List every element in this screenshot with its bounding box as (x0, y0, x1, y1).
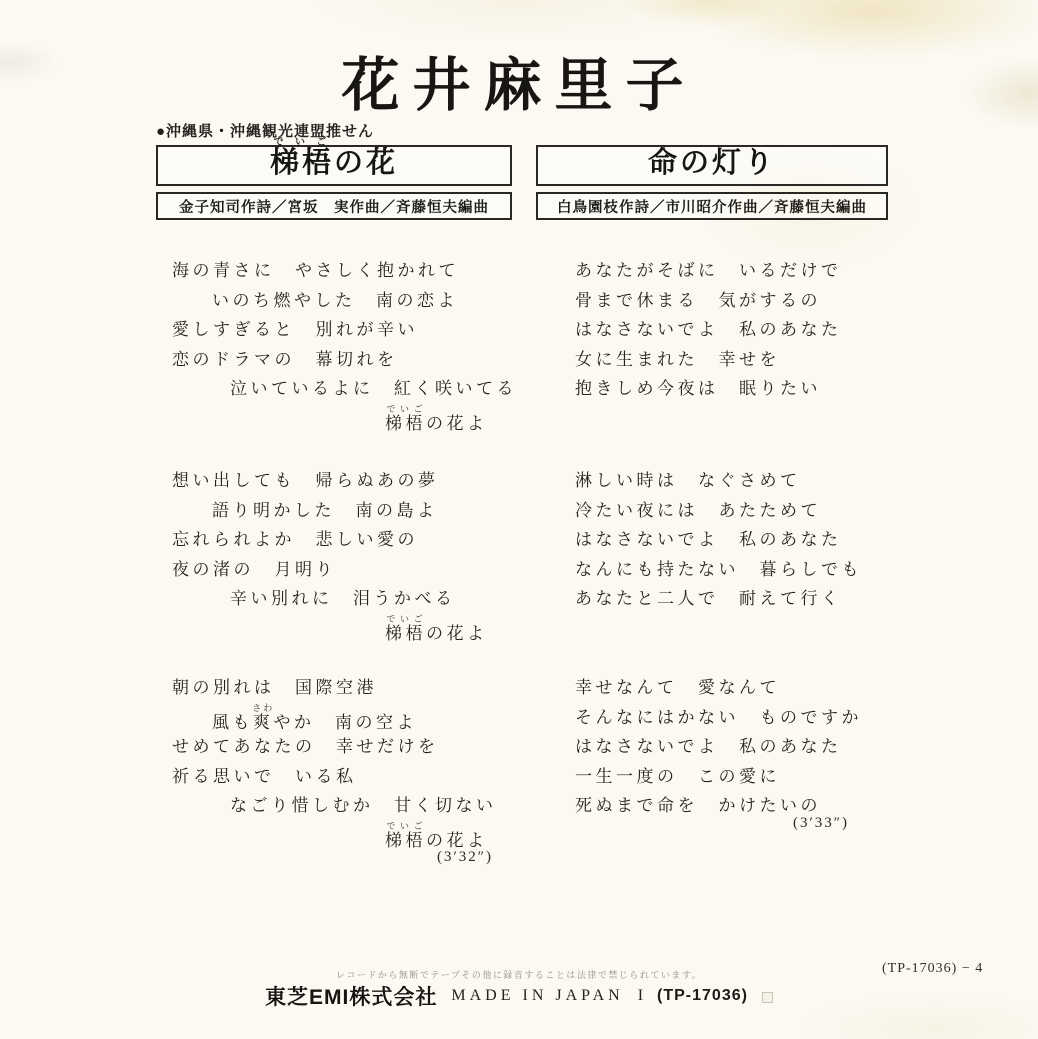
made-in-label: MADE IN JAPAN (451, 987, 623, 1005)
lyric-line: 梯梧でいごの花よ (172, 821, 497, 851)
lyric-line: 海の青さに やさしく抱かれて (172, 256, 517, 286)
song1-duration: (3′32″) (437, 849, 493, 866)
song2-title-box: 命の灯り (536, 145, 888, 186)
lyric-line: 忘れられよか 悲しい愛の (172, 525, 488, 555)
lyric-line: 語り明かした 南の島よ (172, 496, 488, 526)
record-sleeve-back: 花井麻里子 ●沖縄県・沖縄観光連盟推せん 梯梧でいごの花 金子知司作詩／宮坂 実… (0, 0, 1038, 1039)
lyric-line: 夜の渚の 月明り (172, 555, 488, 585)
furigana-ruby: 爽さわ (253, 713, 274, 732)
song1-verse-1: 海の青さに やさしく抱かれていのち燃やした 南の恋よ愛しすぎると 別れが辛い恋の… (172, 256, 517, 433)
lyric-line: いのち燃やした 南の恋よ (172, 286, 517, 316)
lyric-line: 淋しい時は なぐさめて (575, 466, 862, 496)
lyric-line: はなさないでよ 私のあなた (575, 525, 862, 555)
song2-duration: (3′33″) (793, 815, 849, 832)
lyric-line: なんにも持たない 暮らしでも (575, 555, 862, 585)
song2-credits: 白鳥園枝作詩／市川昭介作曲／斉藤恒夫編曲 (557, 196, 867, 217)
song2-verse-1: あなたがそばに いるだけで骨まで休まる 気がするのはなさないでよ 私のあなた女に… (575, 256, 842, 404)
footer-line: 東芝EMI株式会社 MADE IN JAPAN I (TP-17036) (0, 981, 1038, 1011)
lyric-line: 骨まで休まる 気がするの (575, 286, 842, 316)
lyric-line: 冷たい夜には あたためて (575, 496, 862, 526)
song2-verse-3: 幸せなんて 愛なんてそんなにはかない ものですかはなさないでよ 私のあなた一生一… (575, 673, 862, 821)
lyric-line: そんなにはかない ものですか (575, 703, 862, 733)
lyric-line: 愛しすぎると 別れが辛い (172, 315, 517, 345)
lyric-line: 抱きしめ今夜は 眠りたい (575, 374, 842, 404)
footer-separator: I (638, 987, 643, 1005)
lyric-line: 辛い別れに 泪うかべる (172, 584, 488, 614)
furigana-ruby: 梯梧でいご (385, 831, 426, 850)
song1-verse-3: 朝の別れは 国際空港風も爽さわやか 南の空よせめてあなたの 幸せだけを祈る思いで… (172, 673, 497, 850)
song1-title-ruby: 梯梧でいご (270, 147, 334, 179)
lyric-line: はなさないでよ 私のあなた (575, 315, 842, 345)
lyric-line: 泣いているよに 紅く咲いてる (172, 374, 517, 404)
corner-catalog-number: (TP-17036) − 4 (882, 961, 983, 977)
lyric-line: はなさないでよ 私のあなた (575, 732, 862, 762)
song2-verse-2: 淋しい時は なぐさめて冷たい夜には あたためてはなさないでよ 私のあなたなんにも… (575, 466, 862, 614)
lyric-line: あなたがそばに いるだけで (575, 256, 842, 286)
song1-title: 梯梧でいごの花 (270, 137, 398, 181)
lyric-line: 祈る思いで いる私 (172, 762, 497, 792)
lyric-line: あなたと二人で 耐えて行く (575, 584, 862, 614)
lyric-line: 幸せなんて 愛なんて (575, 673, 862, 703)
song2-title: 命の灯り (648, 140, 776, 181)
lyric-line: なごり惜しむか 甘く切ない (172, 791, 497, 821)
song1-credits: 金子知司作詩／宮坂 実作曲／斉藤恒夫編曲 (179, 196, 489, 217)
company-name: 東芝EMI株式会社 (265, 981, 437, 1011)
print-registration-mark (762, 992, 773, 1003)
lyric-line: 梯梧でいごの花よ (172, 404, 517, 434)
lyric-line: 想い出しても 帰らぬあの夢 (172, 466, 488, 496)
lyric-line: 恋のドラマの 幕切れを (172, 345, 517, 375)
song2-credits-box: 白鳥園枝作詩／市川昭介作曲／斉藤恒夫編曲 (536, 192, 888, 220)
song1-title-furigana: でいご (270, 137, 334, 148)
lyric-line: 一生一度の この愛に (575, 762, 862, 792)
song1-title-kanji: 梯梧 (270, 147, 334, 179)
furigana-ruby: 梯梧でいご (385, 414, 426, 433)
lyric-line: 女に生まれた 幸せを (575, 345, 842, 375)
song1-title-rest: の花 (334, 147, 398, 179)
lyric-line: 梯梧でいごの花よ (172, 614, 488, 644)
lyric-line: 風も爽さわやか 南の空よ (172, 703, 497, 733)
song1-verse-2: 想い出しても 帰らぬあの夢語り明かした 南の島よ忘れられよか 悲しい愛の夜の渚の… (172, 466, 488, 643)
catalog-number: (TP-17036) (657, 987, 748, 1005)
song1-title-box: 梯梧でいごの花 (156, 145, 512, 186)
furigana-ruby: 梯梧でいご (385, 624, 426, 643)
lyric-line: せめてあなたの 幸せだけを (172, 732, 497, 762)
artist-name: 花井麻里子 (0, 38, 1038, 122)
song1-credits-box: 金子知司作詩／宮坂 実作曲／斉藤恒夫編曲 (156, 192, 512, 220)
lyric-line: 朝の別れは 国際空港 (172, 673, 497, 703)
